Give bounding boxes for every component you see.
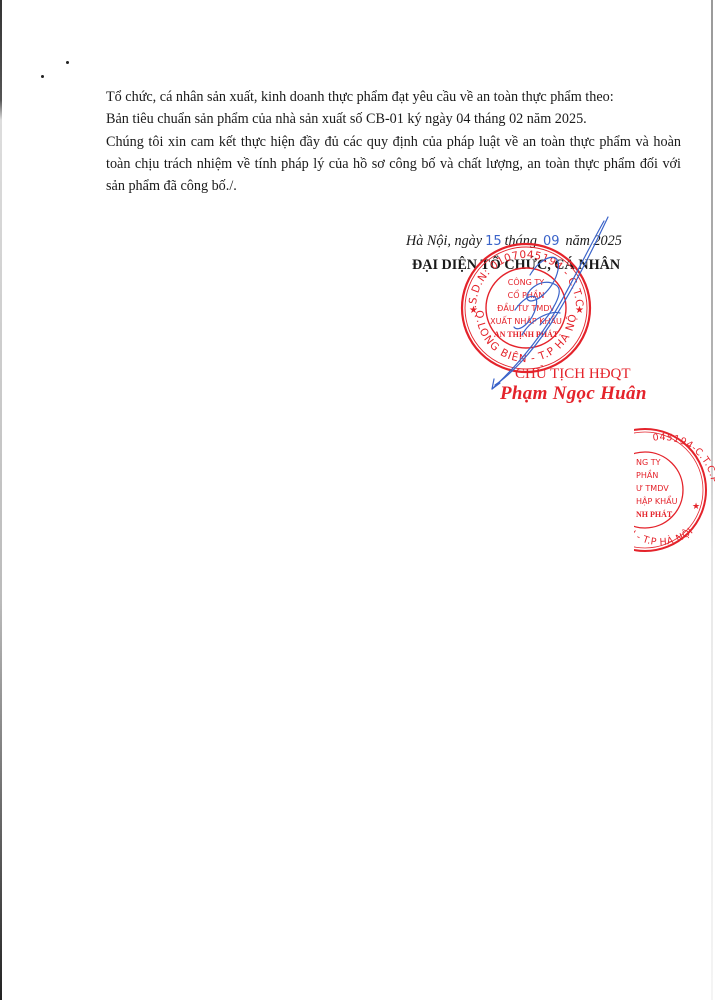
position-title: CHỦ TỊCH HĐQT	[515, 366, 631, 383]
scan-speck	[41, 75, 44, 78]
document-body: Tổ chức, cá nhân sản xuất, kinh doanh th…	[106, 86, 681, 197]
scan-speck	[66, 61, 69, 64]
body-line-2: Bản tiêu chuẩn sản phẩm của nhà sản xuất…	[106, 108, 681, 130]
edge-seal-line: NG TY	[636, 458, 661, 467]
svg-text:N - T.P HÀ NỘI: N - T.P HÀ NỘI	[625, 526, 695, 548]
scan-left-edge	[0, 0, 2, 1000]
edge-seal-bottom-text: N - T.P HÀ NỘI	[625, 526, 695, 548]
body-line-1: Tổ chức, cá nhân sản xuất, kinh doanh th…	[106, 86, 681, 108]
commitment-paragraph: Chúng tôi xin cam kết thực hiện đầy đủ c…	[106, 131, 681, 198]
edge-seal-line: HẬP KHẨU	[636, 494, 678, 507]
edge-seal-line: Ư TMDV	[636, 484, 669, 493]
signer-name: Phạm Ngọc Huân	[500, 383, 647, 405]
svg-text:045194-C.T.C.P: 045194-C.T.C.P	[652, 432, 715, 484]
seal-star-icon: ★	[692, 502, 700, 512]
partial-edge-seal: 045194-C.T.C.P N - T.P HÀ NỘI NG TY PHẦN…	[600, 425, 715, 555]
edge-seal-line: NH PHÁT	[636, 509, 673, 519]
edge-seal-ring-text: 045194-C.T.C.P	[652, 432, 715, 484]
edge-seal-line: PHẦN	[636, 468, 658, 480]
